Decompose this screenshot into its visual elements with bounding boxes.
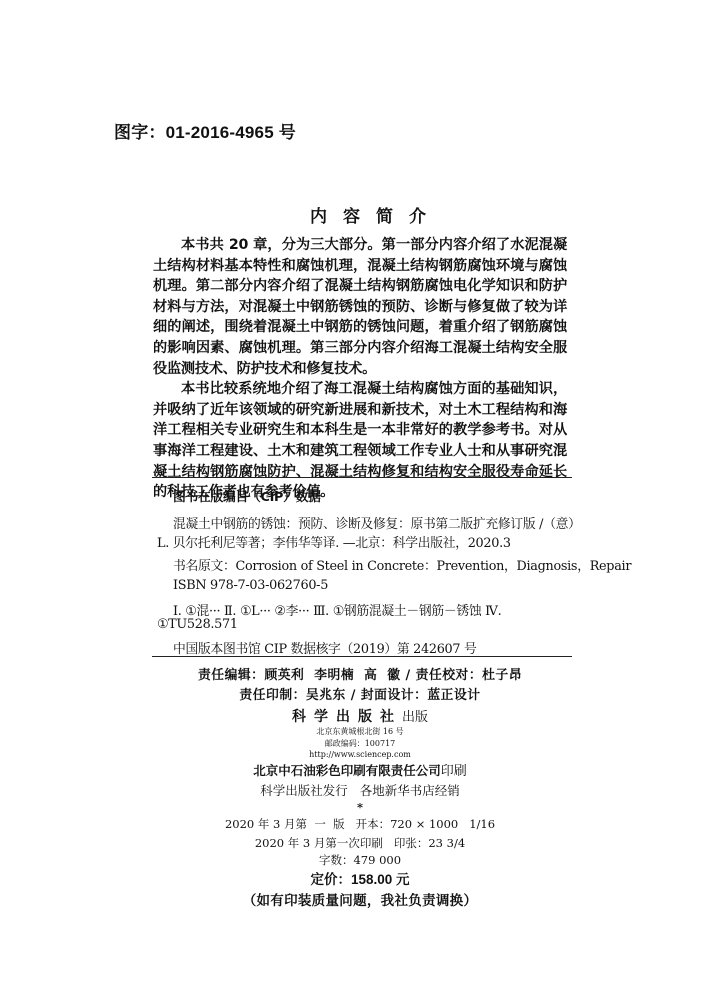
printer-suffix: 印刷 [441, 764, 467, 779]
publisher-postcode: 邮政编码：100717 [0, 738, 720, 749]
cip-top-rule [152, 477, 572, 478]
cip-classification: ①TU528.571 [157, 617, 238, 632]
cip-header: 图书在版编目（CIP）数据 [157, 486, 321, 505]
editor-credits: 责任编辑：顾英利 李明楠 高 徽 / 责任校对：杜子昂 [0, 664, 720, 683]
printer-name: 北京中石油彩色印刷有限责任公司 [253, 763, 441, 778]
cip-title-line: L. 贝尔托利尼等著；李伟华等译. —北京：科学出版社，2020.3 [157, 532, 511, 551]
publisher-suffix: 出版 [402, 710, 428, 725]
separator-asterisk: * [0, 800, 720, 814]
cip-bottom-rule [152, 656, 572, 657]
price: 定价：158.00 元 [0, 868, 720, 888]
word-count: 字数：479 000 [0, 852, 720, 868]
printing-credits: 责任印制：吴兆东 / 封面设计：蓝正设计 [0, 684, 720, 703]
printing-info: 2020 年 3 月第一次印刷 印张：23 3/4 [0, 835, 720, 851]
cip-number: 中国版本图书馆 CIP 数据核字（2019）第 242607 号 [157, 638, 477, 657]
license-number: 图字：01-2016-4965 号 [114, 118, 296, 143]
cip-isbn: ISBN 978-7-03-062760-5 [157, 578, 328, 593]
distribution: 科学出版社发行 各地新华书店经销 [0, 781, 720, 799]
publisher-address: 北京东黄城根北街 16 号 [0, 726, 720, 737]
cip-original-title: 书名原文：Corrosion of Steel in Concrete：Prev… [157, 555, 631, 574]
quality-note: （如有印装质量问题，我社负责调换） [0, 889, 720, 909]
edition-info: 2020 年 3 月第 一 版 开本：720 × 1000 1/16 [0, 816, 720, 832]
publisher-line: 科学出版社出版 [0, 706, 720, 726]
cip-title-line: 混凝土中钢筋的锈蚀：预防、诊断及修复：原书第二版扩充修订版 /（意） [157, 513, 581, 532]
publisher-name: 科学出版社 [292, 709, 402, 725]
intro-title: 内容简介 [0, 202, 720, 227]
intro-body: 本书共 20 章，分为三大部分。第一部分内容介绍了水泥混凝土结构材料基本特性和腐… [153, 235, 567, 503]
printer-line: 北京中石油彩色印刷有限责任公司印刷 [0, 760, 720, 779]
intro-paragraph: 本书共 20 章，分为三大部分。第一部分内容介绍了水泥混凝土结构材料基本特性和腐… [153, 235, 567, 379]
intro-paragraph: 本书比较系统地介绍了海工混凝土结构腐蚀方面的基础知识，并吸纳了近年该领域的研究新… [153, 379, 567, 503]
publisher-url[interactable]: http://www.sciencep.com [0, 750, 720, 759]
